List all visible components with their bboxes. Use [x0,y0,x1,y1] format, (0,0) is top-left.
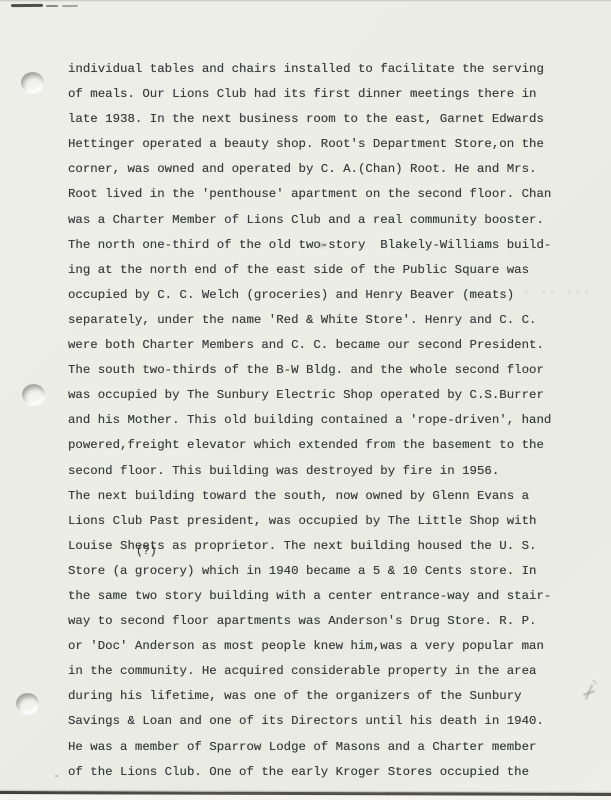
text-line: The north one-third of the old two-story… [68,233,551,258]
text-line: individual tables and chairs installed t… [68,57,551,82]
text-line: was occupied by The Sunbury Electric Sho… [68,383,551,408]
punch-hole-bottom [16,693,39,714]
text-line: The next building toward the south, now … [68,484,551,509]
text-line: He was a member of Sparrow Lodge of Maso… [68,735,551,760]
interlinear-question-annotation: (?) [136,545,157,558]
text-line: separately, under the name 'Red & White … [68,308,551,333]
text-line: The south two-thirds of the B-W Bldg. an… [68,358,551,383]
text-line: Hettinger operated a beauty shop. Root's… [68,132,551,157]
erased-ghost-marks: · ·· ··· [523,287,592,299]
text-line: were both Charter Members and C. C. beca… [68,333,551,358]
ink-smudge [62,5,78,7]
text-line: way to second floor apartments was Ander… [68,609,551,634]
text-line: was a Charter Member of Lions Club and a… [68,208,551,233]
stray-ink-mark [318,243,326,247]
text-line: the same two story building with a cente… [68,584,551,609]
pencil-scribble [592,679,598,684]
text-line: occupied by C. C. Welch (groceries) and … [68,283,551,308]
text-line: or 'Doc' Anderson as most people knew hi… [68,634,551,659]
faint-speck [55,775,58,777]
text-line: Store (a grocery) which in 1940 became a… [68,559,551,584]
punch-hole-top [21,72,44,93]
text-line: late 1938. In the next business room to … [68,107,551,132]
text-line: second floor. This building was destroye… [68,459,551,484]
scanned-page: individual tables and chairs installed t… [0,0,611,800]
text-line: during his lifetime, was one of the orga… [68,684,551,709]
text-line: in the community. He acquired considerab… [68,659,551,684]
scan-top-edge [0,0,611,2]
text-line: Lions Club Past president, was occupied … [68,509,551,534]
punch-hole-middle [22,384,45,405]
text-line: corner, was owned and operated by C. A.(… [68,157,551,182]
text-line: ing at the north end of the east side of… [68,258,551,283]
text-line: Savings & Loan and one of its Directors … [68,709,551,734]
ink-smudge [46,5,58,7]
typewritten-text: individual tables and chairs installed t… [68,57,551,785]
text-line: powered,freight elevator which extended … [68,433,551,458]
pencil-scribble [583,690,595,695]
ink-smudge [11,4,43,7]
text-line: and his Mother. This old building contai… [68,408,551,433]
text-line: of meals. Our Lions Club had its first d… [68,82,551,107]
text-line: of the Lions Club. One of the early Krog… [68,760,551,785]
text-line: Root lived in the 'penthouse' apartment … [68,182,551,207]
